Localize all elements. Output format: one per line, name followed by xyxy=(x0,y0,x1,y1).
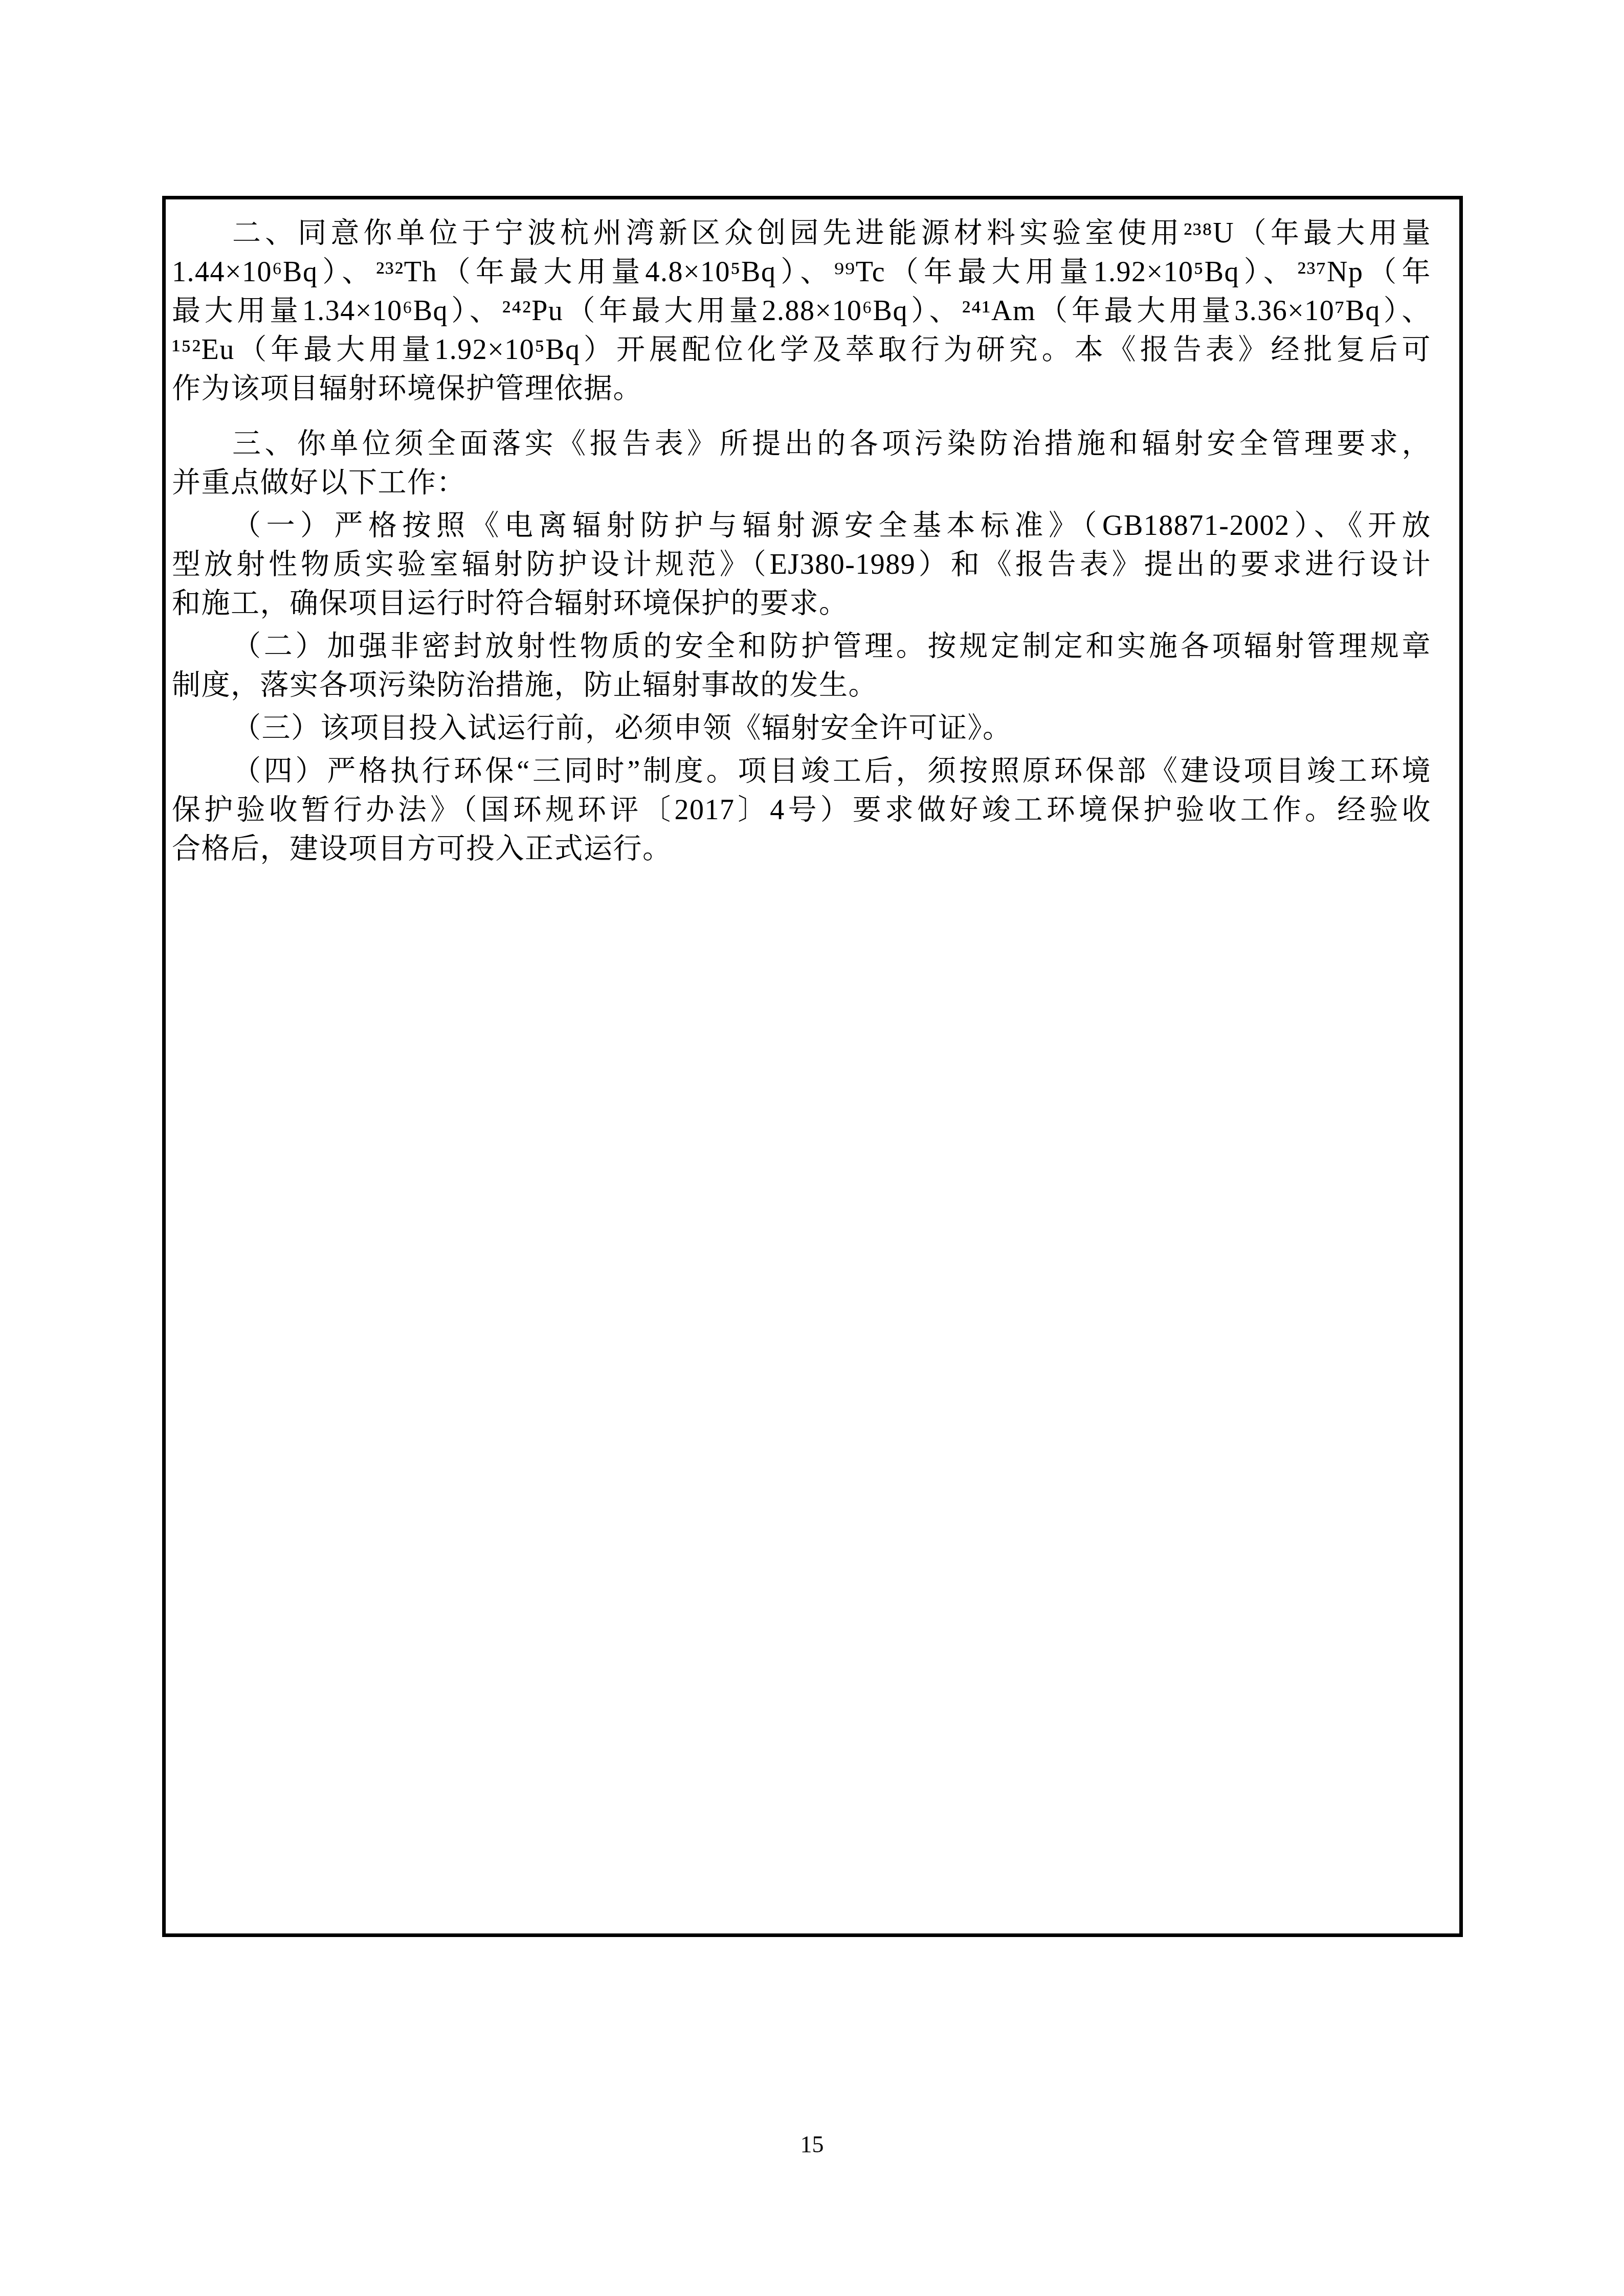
paragraph-item-3: （三）该项目投入试运行前，必须申领《辐射安全许可证》。 xyxy=(172,709,1431,748)
text-line: 三、你单位须全面落实《报告表》所提出的各项污染防治措施和辐射安全管理要求， xyxy=(172,424,1431,463)
text-line: （三）该项目投入试运行前，必须申领《辐射安全许可证》。 xyxy=(172,709,1431,748)
text-line: （一）严格按照《电离辐射防护与辐射源安全基本标准》（GB18871-2002）、… xyxy=(172,506,1431,545)
text-line: ¹⁵²Eu（年最大用量1.92×10⁵Bq）开展配位化学及萃取行为研究。本《报告… xyxy=(172,330,1431,369)
text-line: （二）加强非密封放射性物质的安全和防护管理。按规定制定和实施各项辐射管理规章 xyxy=(172,627,1431,666)
paragraph-item-4: （四）严格执行环保“三同时”制度。项目竣工后，须按照原环保部《建设项目竣工环境 … xyxy=(172,752,1431,868)
paragraph-consent: 二、同意你单位于宁波杭州湾新区众创园先进能源材料实验室使用²³⁸U（年最大用量 … xyxy=(172,214,1431,408)
text-line: 并重点做好以下工作： xyxy=(172,463,1431,502)
paragraph-requirements: 三、你单位须全面落实《报告表》所提出的各项污染防治措施和辐射安全管理要求， 并重… xyxy=(172,424,1431,502)
text-line: 最大用量1.34×10⁶Bq）、²⁴²Pu（年最大用量2.88×10⁶Bq）、²… xyxy=(172,291,1431,330)
page-number: 15 xyxy=(0,2131,1624,2158)
text-line: 合格后，建设项目方可投入正式运行。 xyxy=(172,829,1431,868)
text-line: 型放射性物质实验室辐射防护设计规范》（EJ380-1989）和《报告表》提出的要… xyxy=(172,545,1431,584)
text-line: 制度，落实各项污染防治措施，防止辐射事故的发生。 xyxy=(172,666,1431,705)
text-line: 作为该项目辐射环境保护管理依据。 xyxy=(172,369,1431,408)
text-line: 1.44×10⁶Bq）、²³²Th（年最大用量4.8×10⁵Bq）、⁹⁹Tc（年… xyxy=(172,253,1431,291)
paragraph-item-2: （二）加强非密封放射性物质的安全和防护管理。按规定制定和实施各项辐射管理规章 制… xyxy=(172,627,1431,705)
text-line: 二、同意你单位于宁波杭州湾新区众创园先进能源材料实验室使用²³⁸U（年最大用量 xyxy=(172,214,1431,253)
text-line: （四）严格执行环保“三同时”制度。项目竣工后，须按照原环保部《建设项目竣工环境 xyxy=(172,752,1431,791)
text-line: 保护验收暂行办法》（国环规环评〔2017〕4号）要求做好竣工环境保护验收工作。经… xyxy=(172,791,1431,829)
approval-text-box: 二、同意你单位于宁波杭州湾新区众创园先进能源材料实验室使用²³⁸U（年最大用量 … xyxy=(162,196,1463,1937)
text-line: 和施工，确保项目运行时符合辐射环境保护的要求。 xyxy=(172,584,1431,623)
paragraph-item-1: （一）严格按照《电离辐射防护与辐射源安全基本标准》（GB18871-2002）、… xyxy=(172,506,1431,623)
document-page: 二、同意你单位于宁波杭州湾新区众创园先进能源材料实验室使用²³⁸U（年最大用量 … xyxy=(0,0,1624,2296)
